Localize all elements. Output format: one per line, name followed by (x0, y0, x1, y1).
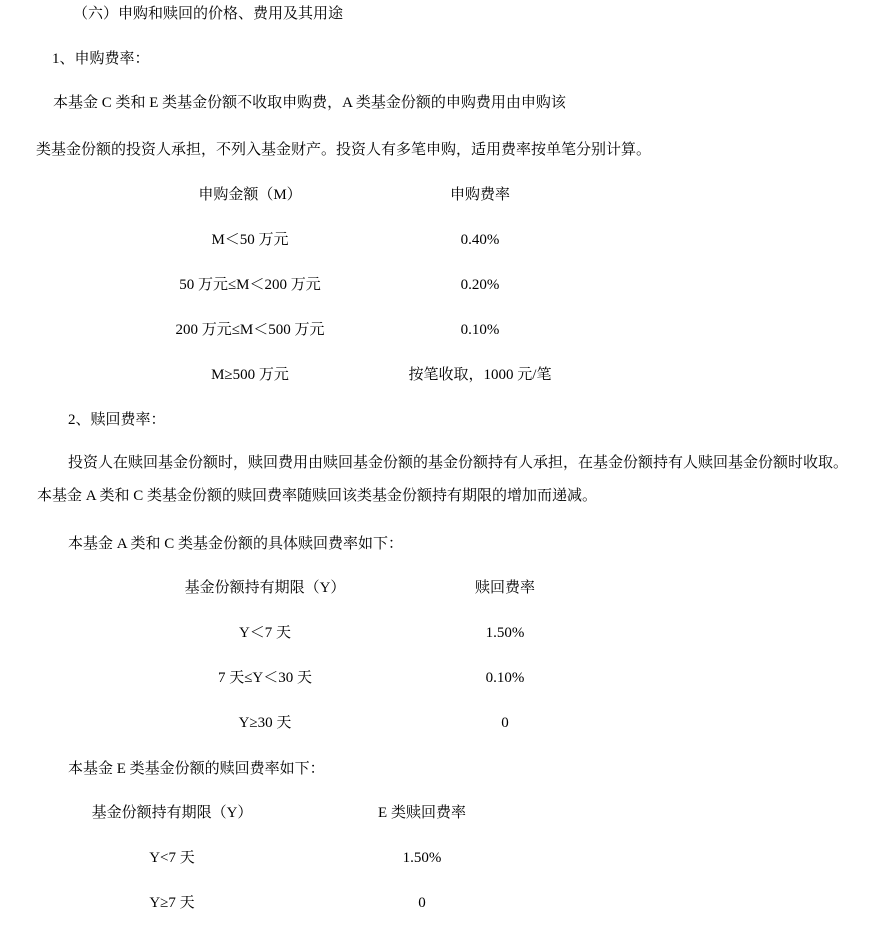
table-cell: 0 (409, 713, 601, 733)
redemption-e-intro: 本基金 E 类基金份额的赎回费率如下： (68, 759, 325, 779)
table-cell: 1.50% (322, 848, 522, 868)
table-header-row: 申购金额（M） 申购费率 (112, 172, 572, 217)
section-heading: （六）申购和赎回的价格、费用及其用途 (73, 4, 343, 24)
table-header-cell: 赎回费率 (409, 578, 601, 598)
table-row: Y<7 天 1.50% (22, 835, 522, 880)
table-cell: 7 天≤Y＜30 天 (121, 668, 409, 688)
table-cell: 50 万元≤M＜200 万元 (112, 275, 388, 295)
table-header-cell: 申购金额（M） (112, 185, 388, 205)
table-header-cell: 基金份额持有期限（Y） (22, 803, 322, 823)
table-header-row: 基金份额持有期限（Y） 赎回费率 (121, 565, 601, 610)
table-row: 50 万元≤M＜200 万元 0.20% (112, 262, 572, 307)
redemption-fee-table-e: 基金份额持有期限（Y） E 类赎回费率 Y<7 天 1.50% Y≥7 天 0 (22, 790, 522, 925)
table-cell: M≥500 万元 (112, 365, 388, 385)
table-header-cell: 申购费率 (388, 185, 572, 205)
table-cell: M＜50 万元 (112, 230, 388, 250)
table-cell: 0.40% (388, 230, 572, 250)
table-row: 7 天≤Y＜30 天 0.10% (121, 655, 601, 700)
document-page: （六）申购和赎回的价格、费用及其用途 1、申购费率： 本基金 C 类和 E 类基… (0, 0, 875, 933)
redemption-heading: 2、赎回费率： (68, 410, 166, 430)
table-row: M＜50 万元 0.40% (112, 217, 572, 262)
table-header-cell: 基金份额持有期限（Y） (121, 578, 409, 598)
table-row: Y≥30 天 0 (121, 700, 601, 745)
table-cell: 1.50% (409, 623, 601, 643)
table-cell: 0.10% (409, 668, 601, 688)
subscription-heading: 1、申购费率： (52, 49, 150, 69)
table-header-cell: E 类赎回费率 (322, 803, 522, 823)
table-row: M≥500 万元 按笔收取，1000 元/笔 (112, 352, 572, 397)
table-cell: 按笔收取，1000 元/笔 (388, 365, 572, 385)
table-cell: 0.10% (388, 320, 572, 340)
table-row: Y＜7 天 1.50% (121, 610, 601, 655)
subscription-paragraph-line2: 类基金份额的投资人承担，不列入基金财产。投资人有多笔申购，适用费率按单笔分别计算… (36, 140, 651, 160)
table-cell: 200 万元≤M＜500 万元 (112, 320, 388, 340)
table-cell: Y＜7 天 (121, 623, 409, 643)
table-cell: Y≥7 天 (22, 893, 322, 913)
table-row: Y≥7 天 0 (22, 880, 522, 925)
table-header-row: 基金份额持有期限（Y） E 类赎回费率 (22, 790, 522, 835)
table-row: 200 万元≤M＜500 万元 0.10% (112, 307, 572, 352)
subscription-paragraph-line1: 本基金 C 类和 E 类基金份额不收取申购费，A 类基金份额的申购费用由申购该 (53, 93, 566, 113)
table-cell: Y≥30 天 (121, 713, 409, 733)
table-cell: 0.20% (388, 275, 572, 295)
table-cell: Y<7 天 (22, 848, 322, 868)
redemption-fee-table-ac: 基金份额持有期限（Y） 赎回费率 Y＜7 天 1.50% 7 天≤Y＜30 天 … (121, 565, 601, 745)
redemption-paragraph-line1: 投资人在赎回基金份额时，赎回费用由赎回基金份额的基金份额持有人承担，在基金份额持… (68, 453, 848, 473)
redemption-paragraph-line2: 本基金 A 类和 C 类基金份额的赎回费率随赎回该类基金份额持有期限的增加而递减… (37, 486, 597, 506)
subscription-fee-table: 申购金额（M） 申购费率 M＜50 万元 0.40% 50 万元≤M＜200 万… (112, 172, 572, 397)
redemption-ac-intro: 本基金 A 类和 C 类基金份额的具体赎回费率如下： (68, 534, 403, 554)
table-cell: 0 (322, 893, 522, 913)
